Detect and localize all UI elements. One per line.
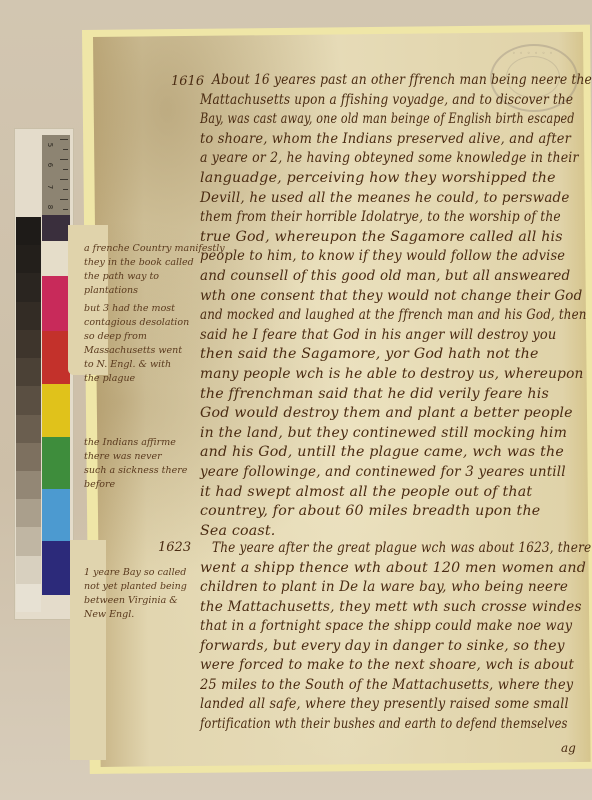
gray-step xyxy=(16,273,41,301)
gray-step xyxy=(16,386,41,414)
manuscript-line: the ffrenchman said that he did verily f… xyxy=(200,386,549,402)
color-patch-yellow xyxy=(42,384,70,437)
margin-note-3: the Indians affirme there was never such… xyxy=(84,436,187,492)
manuscript-line: About 16 yeares past an other ffrench ma… xyxy=(212,72,592,88)
manuscript-line: to shoare, whom the Indians preserved al… xyxy=(200,131,571,147)
gray-step xyxy=(16,471,41,499)
catchword: ag xyxy=(561,741,576,755)
manuscript-line: that in a fortnight space the shipp coul… xyxy=(200,618,572,634)
margin-note-2: but 3 had the most contagious desolation… xyxy=(84,302,189,386)
color-patch-green xyxy=(42,437,70,489)
manuscript-line: wth one consent that they would not chan… xyxy=(200,288,582,304)
manuscript-line: them from their horrible Idolatrye, to t… xyxy=(200,209,561,225)
color-patch-white xyxy=(42,241,70,276)
manuscript-line: yeare followinge, and continewed for 3 y… xyxy=(200,464,566,480)
manuscript-line: then said the Sagamore, yor God hath not… xyxy=(200,346,539,362)
gray-step xyxy=(16,584,41,612)
color-patch-cyan xyxy=(42,489,70,541)
manuscript-line: landed all safe, where they presently ra… xyxy=(200,696,569,712)
manuscript-line: forwards, but every day in danger to sin… xyxy=(200,638,565,654)
gray-step xyxy=(16,499,41,527)
manuscript-line: true God, whereupon the Sagamore called … xyxy=(200,229,563,245)
margin-line: to N. Engl. & with xyxy=(84,358,189,372)
color-patch-red xyxy=(42,331,70,384)
manuscript-line: went a shipp thence wth about 120 men wo… xyxy=(200,560,586,576)
ruler-number: 8 xyxy=(46,205,54,209)
margin-line: the Indians affirme xyxy=(84,436,187,450)
margin-note-1: a frenche Country manifestly they in the… xyxy=(84,242,225,298)
grayscale-strip xyxy=(16,217,41,612)
manuscript-line: were forced to make to the next shoare, … xyxy=(200,657,574,673)
gray-step xyxy=(16,217,41,245)
manuscript-line: in the land, but they continewed still m… xyxy=(200,425,567,441)
manuscript-line: children to plant in De la ware bay, who… xyxy=(200,579,568,595)
color-patch-blue xyxy=(42,541,70,595)
margin-line: the plague xyxy=(84,372,189,386)
manuscript-line: Mattachusetts upon a ffishing voyadge, a… xyxy=(200,92,573,108)
manuscript-line: many people wch is he able to destroy us… xyxy=(200,366,584,382)
manuscript-line: and mocked and laughed at the ffrench ma… xyxy=(200,307,587,323)
margin-line: there was never xyxy=(84,450,187,464)
margin-line: not yet planted being xyxy=(84,580,187,594)
manuscript-line: fortification wth their bushes and earth… xyxy=(200,716,568,732)
manuscript-line: people to him, to know if they would fol… xyxy=(200,248,565,264)
ruler-number: 7 xyxy=(46,185,54,189)
gray-step xyxy=(16,556,41,584)
manuscript-line: Sea coast. xyxy=(200,523,276,539)
ruler-number: 6 xyxy=(46,163,54,167)
margin-line: they in the book called xyxy=(84,256,225,270)
gray-step xyxy=(16,443,41,471)
manuscript-line: countrey, for about 60 miles breadth upo… xyxy=(200,503,540,519)
manuscript-line: The yeare after the great plague wch was… xyxy=(212,540,591,556)
margin-line: contagious desolation xyxy=(84,316,189,330)
manuscript-line: God would destroy them and plant a bette… xyxy=(200,405,573,421)
margin-line: but 3 had the most xyxy=(84,302,189,316)
manuscript-line: and his God, untill the plague came, wch… xyxy=(200,444,564,460)
margin-line: so deep from xyxy=(84,330,189,344)
manuscript-line: a yeare or 2, he having obteyned some kn… xyxy=(200,150,579,166)
margin-line: between Virginia & xyxy=(84,594,187,608)
ruler-number: 5 xyxy=(46,143,54,147)
margin-line: 1 yeare Bay so called xyxy=(84,566,187,580)
measurement-ruler: 5 6 7 8 xyxy=(42,135,70,215)
manuscript-line: and counsell of this good old man, but a… xyxy=(200,268,570,284)
gray-step xyxy=(16,245,41,273)
manuscript-line: the Mattachusetts, they mett wth such cr… xyxy=(200,599,582,615)
margin-line: the path way to xyxy=(84,270,225,284)
margin-line: before xyxy=(84,478,187,492)
manuscript-line: 25 miles to the South of the Mattachuset… xyxy=(200,677,573,693)
gray-step xyxy=(16,527,41,555)
margin-line: New Engl. xyxy=(84,608,187,622)
manuscript-line: it had swept almost all the people out o… xyxy=(200,484,532,500)
manuscript-line: said he I feare that God in his anger wi… xyxy=(200,327,556,343)
manuscript-line: Bay, was cast away, one old man beinge o… xyxy=(200,111,575,127)
manuscript-line: Devill, he used all the meanes he could,… xyxy=(200,190,570,206)
year-marker-1616: 1616 xyxy=(171,74,204,89)
margin-line: such a sickness there xyxy=(84,464,187,478)
gray-step xyxy=(16,358,41,386)
margin-line: Massachusetts went xyxy=(84,344,189,358)
color-patch-magenta xyxy=(42,276,70,331)
gray-step xyxy=(16,330,41,358)
year-marker-1623: 1623 xyxy=(158,540,191,555)
gray-step xyxy=(16,302,41,330)
margin-line: a frenche Country manifestly xyxy=(84,242,225,256)
margin-note-4: 1 yeare Bay so called not yet planted be… xyxy=(84,566,187,622)
margin-line: plantations xyxy=(84,284,225,298)
manuscript-line: languadge, perceiving how they worshippe… xyxy=(200,170,556,186)
gray-step xyxy=(16,415,41,443)
